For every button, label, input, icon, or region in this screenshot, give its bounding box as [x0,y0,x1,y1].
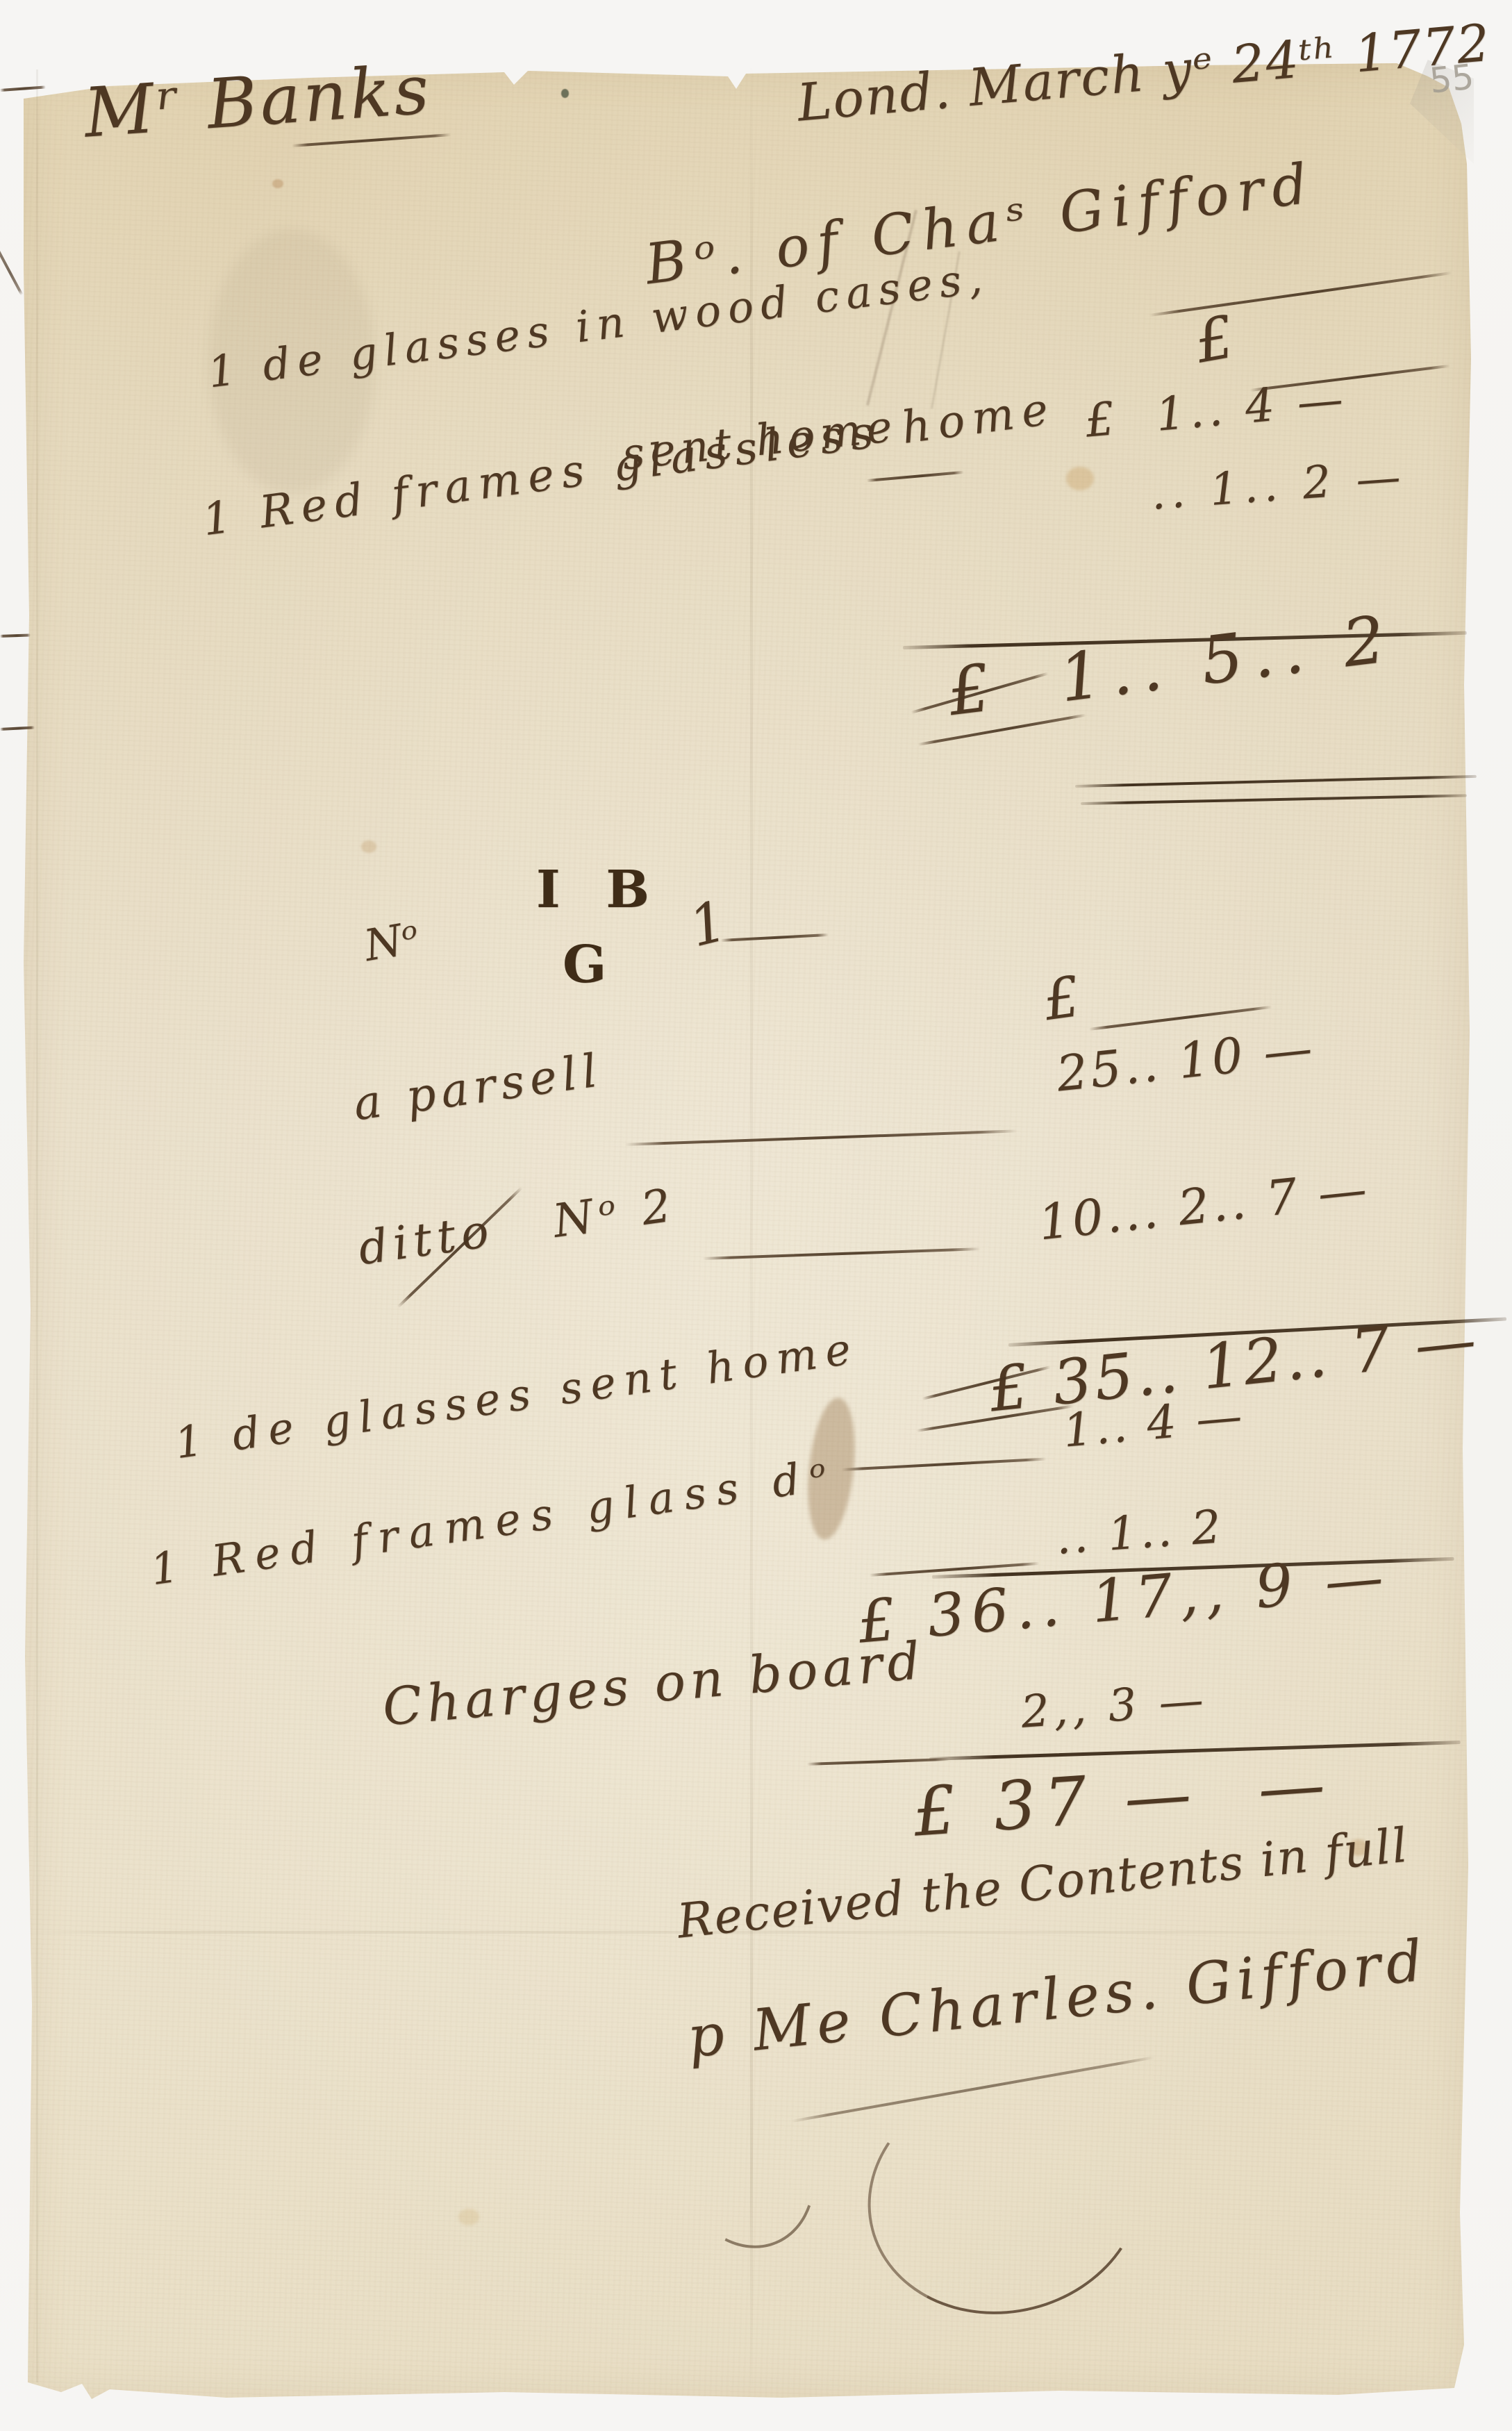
ink-fragment [0,245,23,296]
left-edge-crease [36,69,38,2382]
mark-no-label: Nᵒ [361,915,422,968]
fox-spot [458,2209,479,2225]
bill2-row4-amount: .. 1.. 2 [1054,1504,1225,1561]
bill2-charges-amount: 2,, 3 — [1020,1677,1209,1735]
receipt-scan: Mʳ Banks 55 Lond. March yᵉ 24ᵗʰ 1772 Bᵒ.… [0,0,1512,2431]
fox-spot [272,179,283,188]
ink-tick [0,85,46,92]
ink-speck [561,89,569,98]
ink-tick [0,633,31,638]
pound-header-2: £ [1040,969,1083,1029]
mark-bottom-letter: G [563,939,606,990]
mark-top-letters: I B [536,864,663,915]
fox-spot [1066,467,1094,490]
fox-spot [361,840,376,853]
